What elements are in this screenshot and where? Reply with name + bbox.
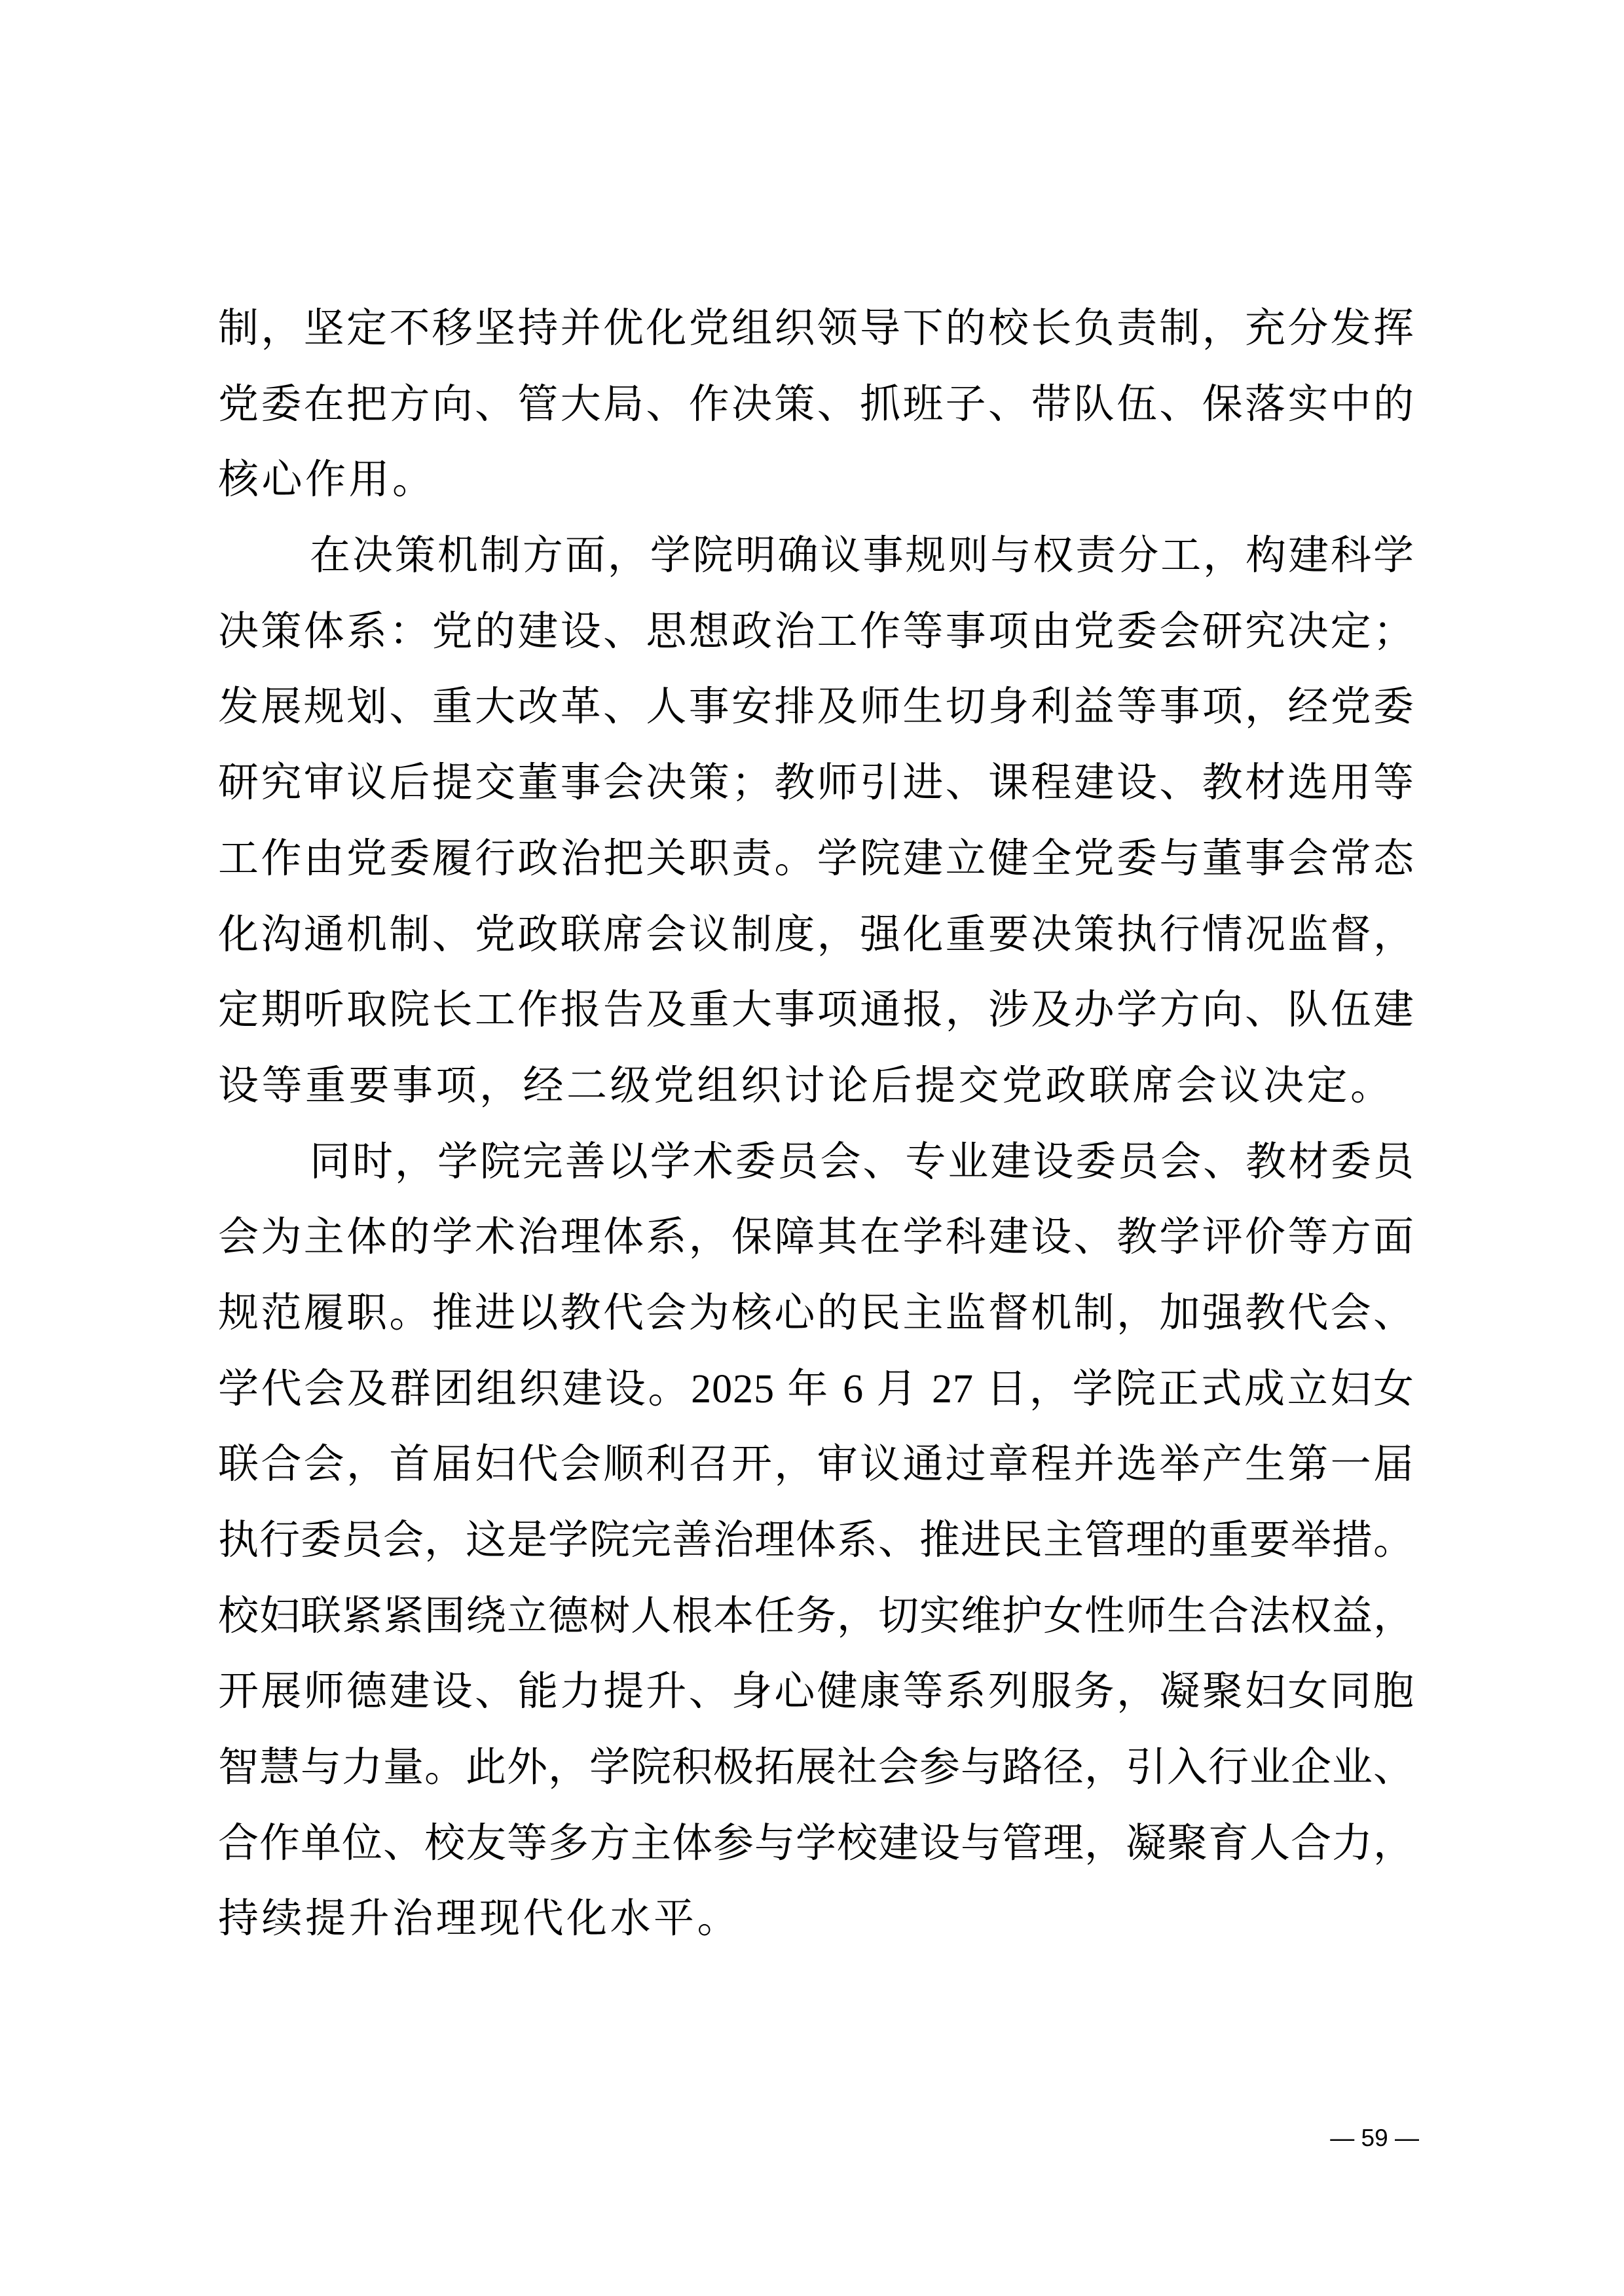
text-line: 定期听取院长工作报告及重大事项通报，涉及办学方向、队伍建 (218, 973, 1414, 1049)
text-line: 联合会，首届妇代会顺利召开，审议通过章程并选举产生第一届 (218, 1427, 1414, 1503)
text-line: 工作由党委履行政治把关职责。学院建立健全党委与董事会常态 (218, 822, 1414, 898)
text-line: 制，坚定不移坚持并优化党组织领导下的校长负责制，充分发挥 (218, 291, 1414, 367)
text-line: 在决策机制方面，学院明确议事规则与权责分工，构建科学 (218, 519, 1414, 594)
text-line: 开展师德建设、能力提升、身心健康等系列服务，凝聚妇女同胞 (218, 1654, 1414, 1730)
text-line: 研究审议后提交董事会决策；教师引进、课程建设、教材选用等 (218, 746, 1414, 822)
page-number: — 59 — (1330, 2126, 1419, 2150)
text-line: 合作单位、校友等多方主体参与学校建设与管理，凝聚育人合力， (218, 1806, 1414, 1882)
text-line: 核心作用。 (218, 443, 1414, 519)
text-line: 设等重要事项，经二级党组织讨论后提交党政联席会议决定。 (218, 1049, 1414, 1125)
text-line: 化沟通机制、党政联席会议制度，强化重要决策执行情况监督， (218, 898, 1414, 974)
text-line: 决策体系：党的建设、思想政治工作等事项由党委会研究决定； (218, 594, 1414, 670)
text-line: 规范履职。推进以教代会为核心的民主监督机制，加强教代会、 (218, 1276, 1414, 1352)
text-line: 学代会及群团组织建设。2025 年 6 月 27 日，学院正式成立妇女 (218, 1352, 1414, 1428)
text-line: 同时，学院完善以学术委员会、专业建设委员会、教材委员 (218, 1125, 1414, 1201)
page-text: 制，坚定不移坚持并优化党组织领导下的校长负责制，充分发挥党委在把方向、管大局、作… (218, 291, 1414, 1958)
text-line: 智慧与力量。此外，学院积极拓展社会参与路径，引入行业企业、 (218, 1730, 1414, 1806)
text-line: 执行委员会，这是学院完善治理体系、推进民主管理的重要举措。 (218, 1503, 1414, 1579)
document-page: 制，坚定不移坚持并优化党组织领导下的校长负责制，充分发挥党委在把方向、管大局、作… (0, 0, 1624, 2296)
text-line: 持续提升治理现代化水平。 (218, 1882, 1414, 1958)
text-line: 校妇联紧紧围绕立德树人根本任务，切实维护女性师生合法权益， (218, 1579, 1414, 1655)
text-line: 发展规划、重大改革、人事安排及师生切身利益等事项，经党委 (218, 670, 1414, 746)
text-line: 党委在把方向、管大局、作决策、抓班子、带队伍、保落实中的 (218, 367, 1414, 443)
text-line: 会为主体的学术治理体系，保障其在学科建设、教学评价等方面 (218, 1200, 1414, 1276)
